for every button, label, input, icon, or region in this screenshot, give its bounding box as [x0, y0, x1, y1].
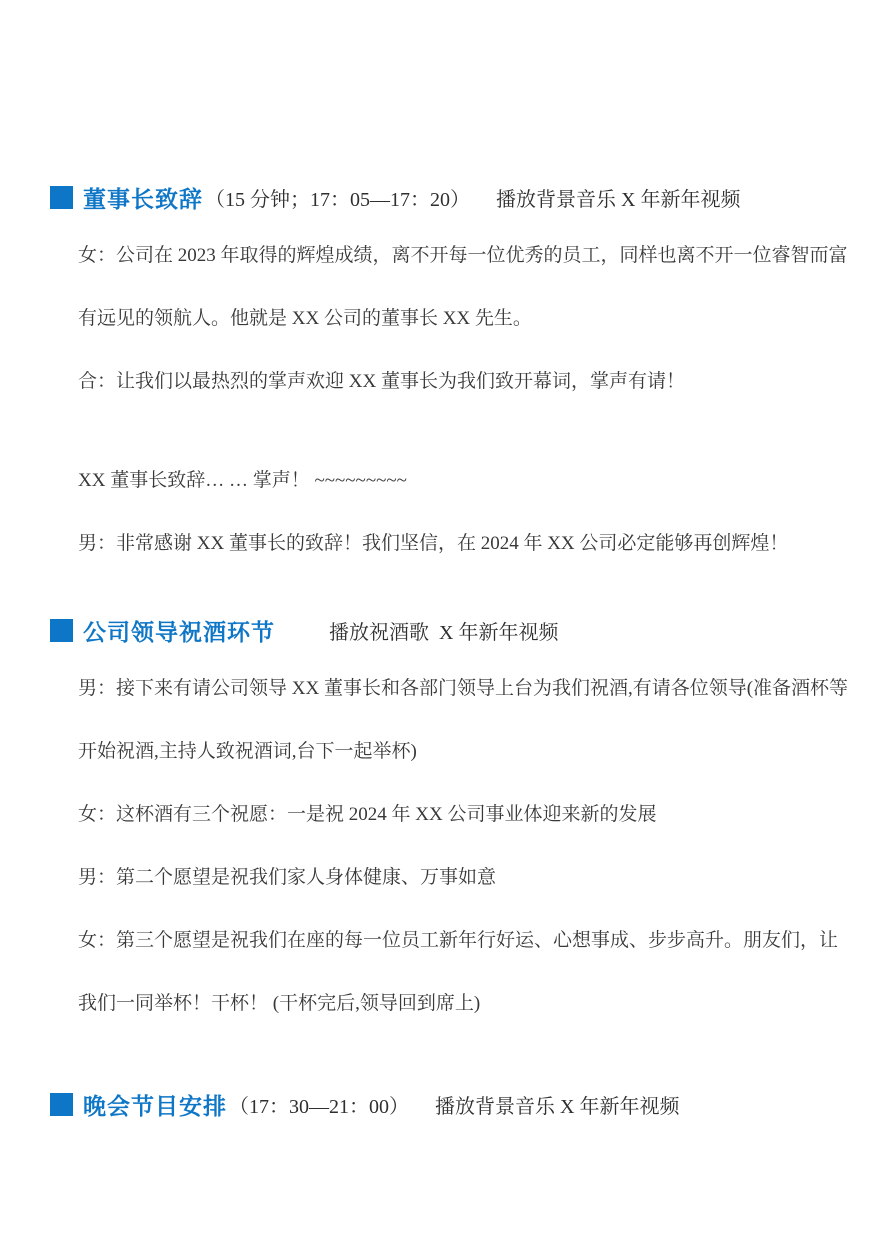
script-line: 女：公司在 2023 年取得的辉煌成绩，离不开每一位优秀的员工，同样也离不开一位…	[78, 224, 840, 287]
section-heading: 公司领导祝酒环节 播放祝酒歌 X 年新年视频	[50, 613, 840, 647]
section-body: 男：接下来有请公司领导 XX 董事长和各部门领导上台为我们祝酒,有请各位领导(准…	[78, 657, 840, 1035]
document-page: 董事长致辞 （15 分钟；17：05—17：20） 播放背景音乐 X 年新年视频…	[0, 0, 884, 1250]
script-line: 开始祝酒,主持人致祝酒词,台下一起举杯)	[78, 720, 840, 783]
script-line: 女：第三个愿望是祝我们在座的每一位员工新年行好运、心想事成、步步高升。朋友们，让	[78, 909, 840, 972]
blue-square-bullet-icon	[50, 186, 73, 209]
script-line: 有远见的领航人。他就是 XX 公司的董事长 XX 先生。	[78, 287, 840, 350]
section-heading: 董事长致辞 （15 分钟；17：05—17：20） 播放背景音乐 X 年新年视频	[50, 180, 840, 214]
script-line: 男：非常感谢 XX 董事长的致辞！我们坚信，在 2024 年 XX 公司必定能够…	[78, 512, 840, 575]
script-line: 合：让我们以最热烈的掌声欢迎 XX 董事长为我们致开幕词，掌声有请！	[78, 350, 840, 413]
blue-square-bullet-icon	[50, 1093, 73, 1116]
section-heading: 晚会节目安排 （17：30—21：00） 播放背景音乐 X 年新年视频	[50, 1087, 840, 1121]
section-leaders-toast: 公司领导祝酒环节 播放祝酒歌 X 年新年视频 男：接下来有请公司领导 XX 董事…	[50, 613, 840, 1035]
section-title: 晚会节目安排	[83, 1088, 227, 1121]
section-music-note: 播放背景音乐 X 年新年视频	[435, 1090, 679, 1119]
section-body: 女：公司在 2023 年取得的辉煌成绩，离不开每一位优秀的员工，同样也离不开一位…	[78, 224, 840, 575]
section-program-schedule: 晚会节目安排 （17：30—21：00） 播放背景音乐 X 年新年视频	[50, 1087, 840, 1121]
section-music-note: 播放背景音乐 X 年新年视频	[496, 183, 740, 212]
section-title: 公司领导祝酒环节	[83, 614, 275, 647]
blue-square-bullet-icon	[50, 619, 73, 642]
script-line: 男：接下来有请公司领导 XX 董事长和各部门领导上台为我们祝酒,有请各位领导(准…	[78, 657, 840, 720]
script-line: 男：第二个愿望是祝我们家人身体健康、万事如意	[78, 846, 840, 909]
section-chairman-speech: 董事长致辞 （15 分钟；17：05—17：20） 播放背景音乐 X 年新年视频…	[50, 180, 840, 575]
script-line: 我们一同举杯！干杯！ (干杯完后,领导回到席上)	[78, 972, 840, 1035]
section-music-note: 播放祝酒歌 X 年新年视频	[329, 616, 558, 645]
section-time-meta: （15 分钟；17：05—17：20）	[205, 183, 470, 212]
section-time-meta: （17：30—21：00）	[229, 1090, 409, 1119]
script-line: 女：这杯酒有三个祝愿：一是祝 2024 年 XX 公司事业体迎来新的发展	[78, 783, 840, 846]
section-title: 董事长致辞	[83, 181, 203, 214]
script-line: XX 董事长致辞… … 掌声！ ~~~~~~~~~	[78, 449, 840, 512]
